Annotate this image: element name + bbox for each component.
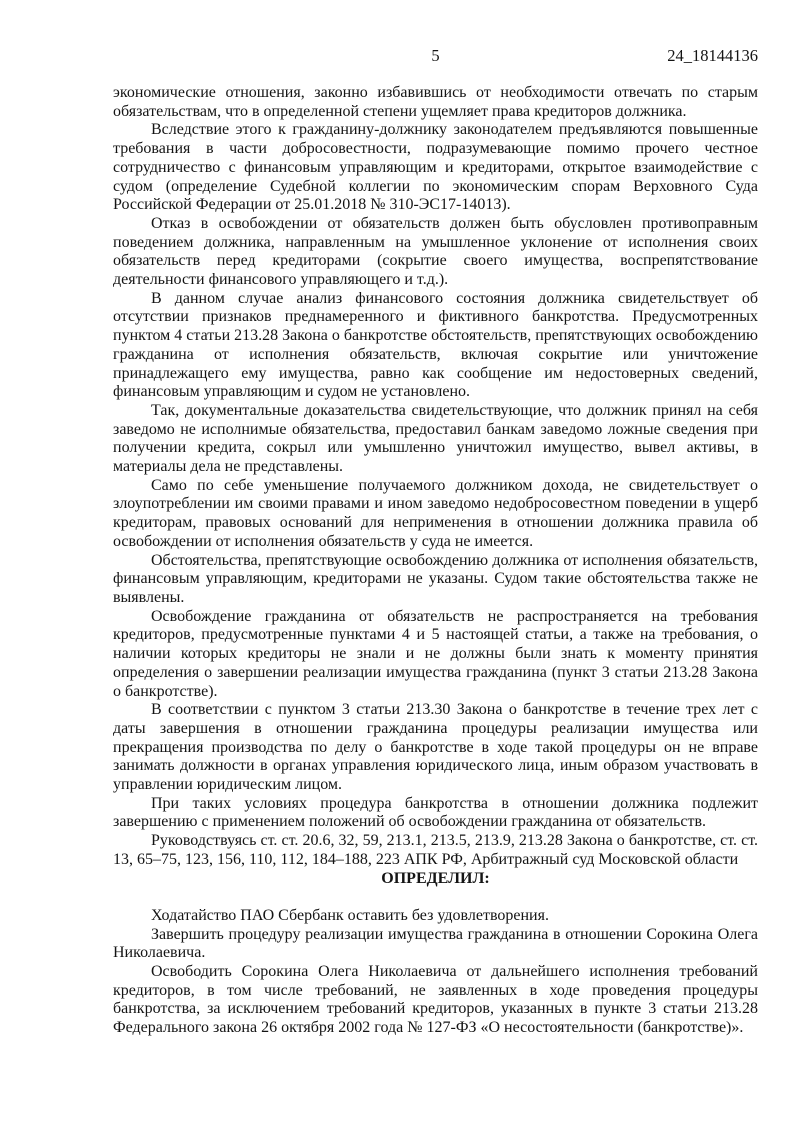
- paragraph: Обстоятельства, препятствующие освобожде…: [113, 552, 758, 608]
- paragraph: В соответствии с пунктом 3 статьи 213.30…: [113, 701, 758, 795]
- document-page: 5 24_18144136 экономические отношения, з…: [0, 0, 800, 1131]
- document-body: экономические отношения, законно избавив…: [113, 84, 758, 1038]
- case-number: 24_18144136: [667, 45, 758, 67]
- paragraph: Так, документальные доказательства свиде…: [113, 402, 758, 477]
- paragraph: Вследствие этого к гражданину-должнику з…: [113, 121, 758, 215]
- resolution-paragraph: Освободить Сорокина Олега Николаевича от…: [113, 963, 758, 1038]
- paragraph: При таких условиях процедура банкротства…: [113, 795, 758, 832]
- page-number: 5: [113, 45, 758, 67]
- page-header: 5 24_18144136: [113, 45, 758, 67]
- resolution-paragraph: Ходатайство ПАО Сбербанк оставить без уд…: [113, 907, 758, 926]
- paragraph: Само по себе уменьшение получаемого долж…: [113, 477, 758, 552]
- paragraph-continuation: экономические отношения, законно избавив…: [113, 84, 758, 121]
- resolution-heading: ОПРЕДЕЛИЛ:: [113, 870, 758, 889]
- paragraph: Отказ в освобождении от обязательств дол…: [113, 215, 758, 290]
- paragraph: Руководствуясь ст. ст. 20.6, 32, 59, 213…: [113, 832, 758, 869]
- paragraph: В данном случае анализ финансового состо…: [113, 290, 758, 402]
- resolution-paragraph: Завершить процедуру реализации имущества…: [113, 926, 758, 963]
- paragraph: Освобождение гражданина от обязательств …: [113, 608, 758, 702]
